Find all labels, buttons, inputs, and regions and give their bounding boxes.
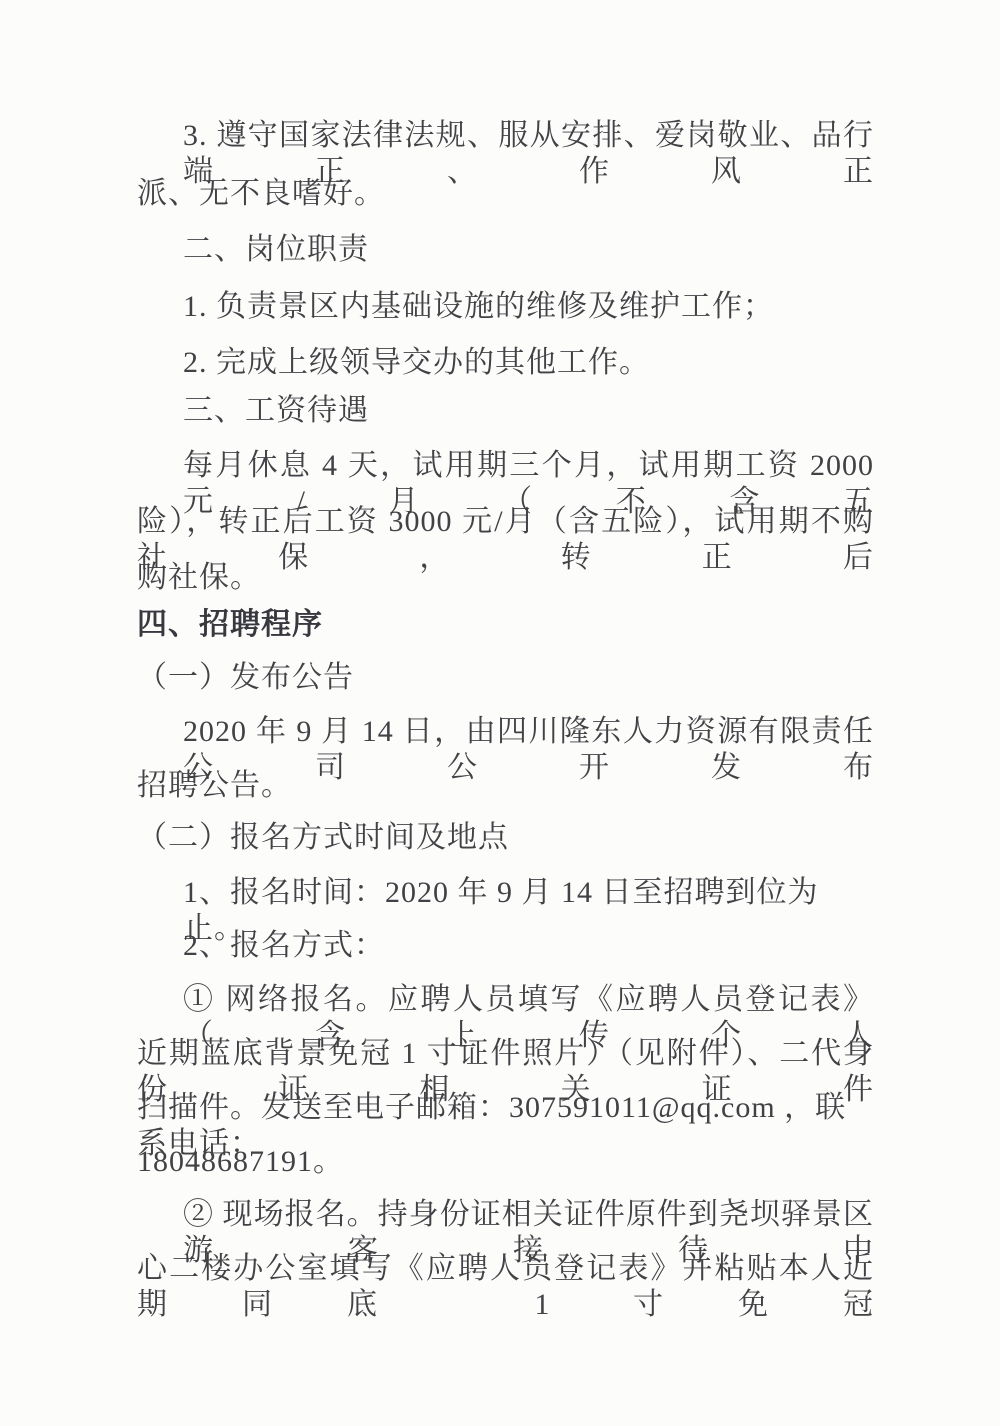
text-line: 2. 完成上级领导交办的其他工作。 [137,345,874,381]
document-page: 3. 遵守国家法律法规、服从安排、爱岗敬业、品行端正、作风正 派、无不良嗜好。 … [0,0,1000,1426]
subheading-announcement: （一）发布公告 [137,660,874,696]
text-line: 派、无不良嗜好。 [137,176,874,212]
text-line: 1. 负责景区内基础设施的维修及维护工作； [137,289,874,325]
text-line: 18048687191。 [137,1144,874,1180]
text-line: 心二楼办公室填写《应聘人员登记表》并粘贴本人近期同底 1 寸免冠 [137,1251,874,1323]
heading-recruitment-procedure: 四、招聘程序 [137,607,874,643]
text-line: 购社保。 [137,560,874,596]
heading-salary: 三、工资待遇 [137,393,874,429]
subheading-registration: （二）报名方式时间及地点 [137,820,874,856]
heading-job-duties: 二、岗位职责 [137,232,874,268]
text-line: 招聘公告。 [137,768,874,804]
text-line: 2、报名方式： [137,928,874,964]
